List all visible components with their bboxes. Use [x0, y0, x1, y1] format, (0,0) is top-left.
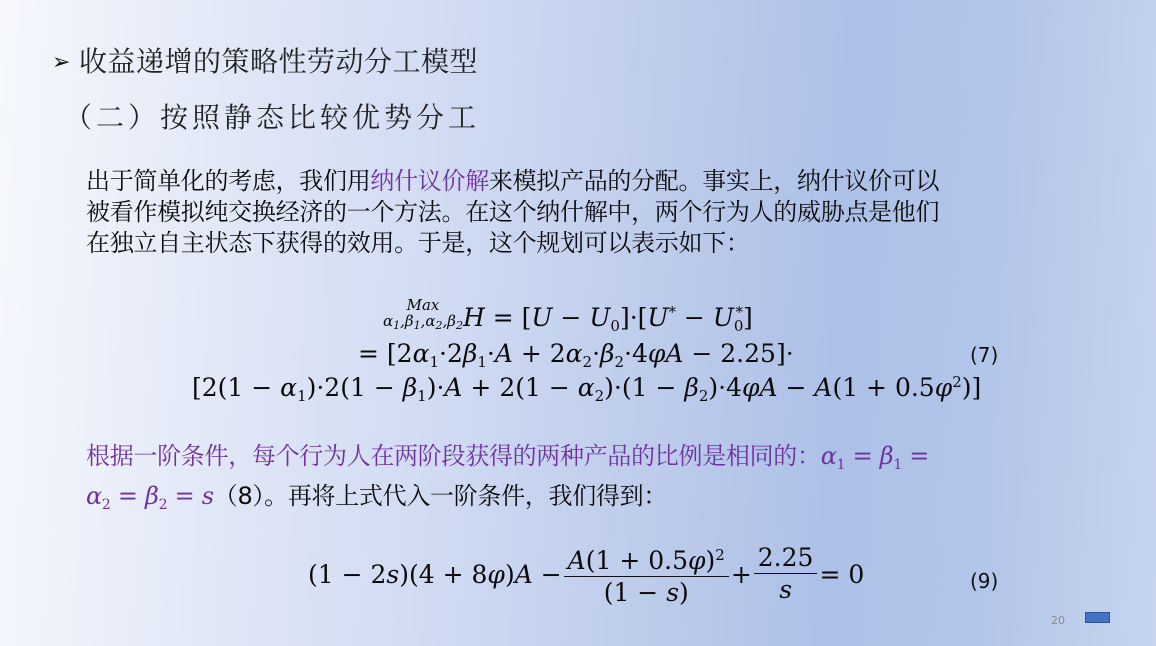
equation-number-7: (7) [970, 343, 998, 367]
first-order-line-2: α2 = β2 = s（8）。再将上式代入一阶条件，我们得到： [86, 481, 929, 521]
intro-line-3: 在独立自主状态下获得的效用。于是，这个规划可以表示如下： [86, 228, 939, 259]
max-operator: Max α1,β1,α2,β2 [383, 298, 463, 335]
first-order-paragraph: 根据一阶条件，每个行为人在两阶段获得的两种产品的比例是相同的：α1 = β1 =… [86, 441, 929, 521]
equation-7-line-1: Max α1,β1,α2,β2 H = [U − U0]·[U* − U0*] [383, 298, 753, 335]
equation-9: (1 − 2s)(4 + 8φ)A − A(1 + 0.5φ)2 (1 − s)… [308, 540, 864, 609]
eq9-fraction-2: 2.25 s [756, 543, 816, 606]
first-order-line-1: 根据一阶条件，每个行为人在两阶段获得的两种产品的比例是相同的：α1 = β1 = [86, 441, 929, 481]
arrow-bullet-icon: ➢ [52, 50, 71, 75]
equation-7-line-3: [2(1 − α1)·2(1 − β1)·A + 2(1 − α2)·(1 − … [192, 373, 981, 405]
nash-bargaining-highlight: 纳什议价解 [370, 167, 489, 195]
equation-7-line-2: = [2α1·2β1·A + 2α2·β2·4φA − 2.25]· [358, 339, 794, 371]
slide-title-text: 收益递增的策略性劳动分工模型 [79, 45, 478, 78]
slide-title: ➢收益递增的策略性劳动分工模型 [52, 40, 478, 80]
slide-subtitle: （二）按照静态比较优势分工 [64, 96, 480, 136]
page-number: 20 [1051, 614, 1065, 627]
equation-ref-8: （8） [214, 482, 264, 510]
intro-line-1: 出于简单化的考虑，我们用纳什议价解来模拟产品的分配。事实上，纳什议价可以 [86, 166, 939, 197]
alpha1-beta1-expression: α1 = β1 = [821, 442, 929, 470]
eq9-fraction-1: A(1 + 0.5φ)2 (1 − s) [566, 540, 727, 609]
equation-number-9: (9) [970, 569, 998, 593]
intro-line-2: 被看作模拟纯交换经济的一个方法。在这个纳什解中，两个行为人的威胁点是他们 [86, 197, 939, 228]
intro-paragraph: 出于简单化的考虑，我们用纳什议价解来模拟产品的分配。事实上，纳什议价可以 被看作… [86, 166, 939, 259]
eq9-lhs: (1 − 2s)(4 + 8φ)A − [308, 560, 562, 589]
alpha2-beta2-expression: α2 = β2 = s [86, 482, 214, 510]
slide-marker-rectangle [1085, 612, 1110, 623]
